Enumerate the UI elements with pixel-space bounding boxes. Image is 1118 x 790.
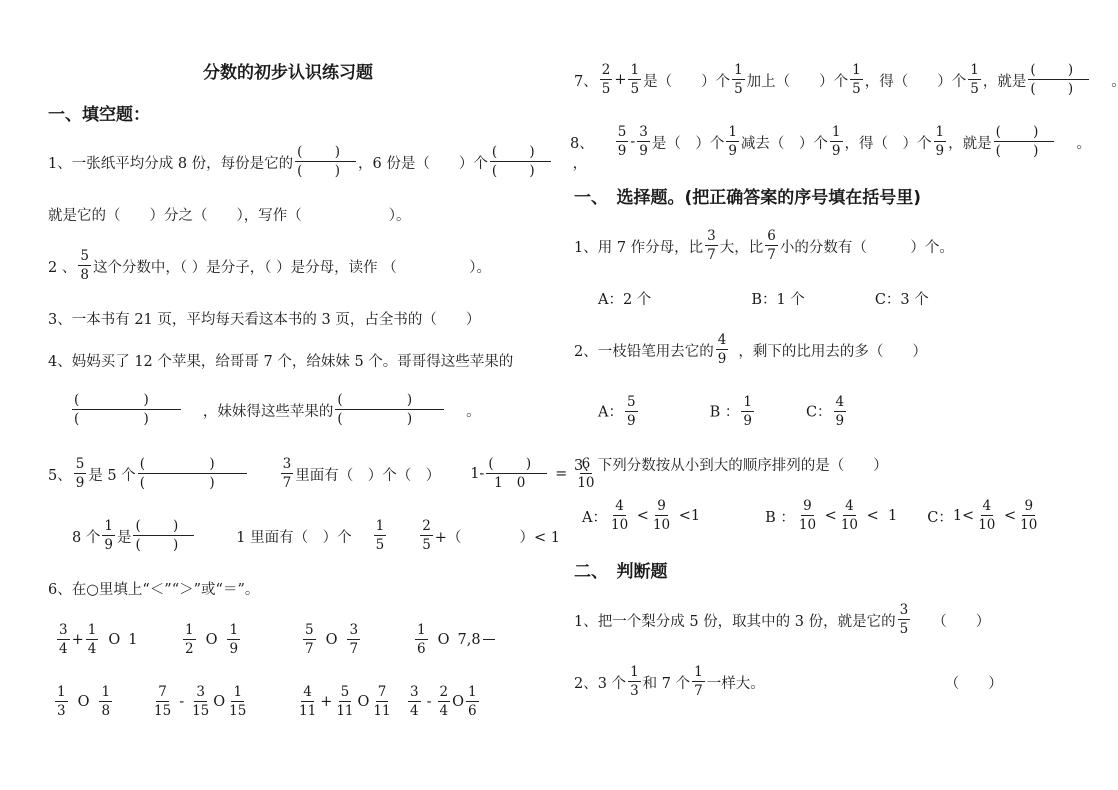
fraction-blank[interactable]: ( )( ) [138,458,247,491]
compare-circle[interactable]: O [452,694,464,710]
question-text: 1、一张纸平均分成 8 份，每份是它的 [48,152,293,173]
choice-options: A：59 B ：19 C：49 [598,392,848,432]
fraction: 37 [281,458,294,491]
fraction-blank[interactable]: ( )( ) [295,146,356,179]
compare-item: 16 O 7,8 [413,620,497,660]
fraction-blank[interactable]: ( )( ) [1028,64,1089,97]
choice-question-2: 2、一枝铅笔用去它的 49 ，剩下的比用去的多（ ） [574,330,927,370]
fraction: 19 [102,520,115,553]
question-text: +（ ）< 1 [435,526,560,547]
compare-item: 715 - 315 O 115 [150,682,250,722]
question-text: 1 里面有（ ）个 [236,526,351,547]
question-text: ，妹妹得这些苹果的 [203,400,334,421]
question-6: 6、在○里填上“＜”“＞”或“＝”。 [48,568,259,608]
fraction-blank[interactable]: ( )( ) [994,126,1055,159]
question-5-row-1: 5、 59 是 5 个 ( )( ) 37 里面有（ ）个（ ） 1- ( )1… [48,454,599,494]
question-3: 3、一本书有 21 页，平均每天看这本书的 3 页，占全书的（ ） [48,298,480,338]
question-1-line-2: 就是它的（ ）分之（ ），写作（ ）。 [48,194,411,234]
fraction: 25 [420,520,433,553]
option-a[interactable]: A：2 个 [598,288,651,309]
compare-item: 411 + 511 O 711 [295,682,395,722]
question-4: 4、妈妈买了 12 个苹果，给哥哥 7 个，给妹妹 5 个。哥哥得这些苹果的 [48,340,513,380]
page-title: 分数的初步认识练习题 [203,58,373,83]
option-c[interactable]: C：49 [806,396,848,429]
question-text: 是 5 个 [88,464,135,485]
question-number: 5、 [48,464,72,485]
choice-options: A：2 个 B：1 个 C：3 个 [598,278,929,318]
option-b[interactable]: B ：19 [710,396,756,429]
question-text: 。 [466,400,481,421]
compare-circle[interactable]: O [438,632,450,648]
question-4-line-2: ( )( ) ，妹妹得这些苹果的 ( )( ) 。 [70,390,481,430]
section-heading-judge: 二、 判断题 [574,557,668,582]
section-heading-fill-blank: 一、填空题： [48,100,150,125]
compare-item: 12 O 19 [181,620,242,660]
question-7: 7、 25 + 15 是（ ）个 15 加上（ ）个 15 ，得（ ）个 15 … [574,60,1118,100]
question-text: 这个分数中，（ ）是分子，（ ）是分母，读作 （ ）。 [93,256,491,277]
question-text: 8 个 [72,526,100,547]
choice-options: A： 410 < 910 <1 B ： 910 < 410 < 1 C：1< 4… [582,496,1041,536]
option-b[interactable]: B ： 910 < 410 < 1 [765,500,897,533]
question-2: 2 、 58 这个分数中，（ ）是分子，（ ）是分母，读作 （ ）。 [48,246,491,286]
question-number: 2 、 [48,256,76,277]
compare-item: 34 + 14 O 1 [55,620,137,660]
question-text: ，6 份是（ ）个 [358,152,488,173]
compare-circle[interactable]: O [108,632,120,648]
compare-circle[interactable]: O [78,694,90,710]
compare-item: 57 O 37 [301,620,362,660]
compare-circle[interactable]: O [326,632,338,648]
fraction-blank[interactable]: ( )( ) [72,394,181,427]
fraction: 58 [78,250,91,283]
compare-circle[interactable]: O [206,632,218,648]
option-c[interactable]: C：1< 410 < 910 [927,500,1041,533]
question-8: 8、 59 - 39 是（ ）个 19 减去（ ）个 19 ，得（ ）个 19 … [570,122,1091,162]
fraction-blank[interactable]: ( )( ) [133,520,194,553]
fraction-blank[interactable]: ( )10 [486,458,547,491]
fraction-blank[interactable]: ( )( ) [335,394,444,427]
question-text: 是 [117,526,132,547]
option-c[interactable]: C：3 个 [875,288,929,309]
fraction: 59 [74,458,87,491]
question-text: 1- [470,466,484,482]
answer-paren[interactable]: （ ） [945,672,1003,693]
compare-item: 13 O 18 [53,682,114,722]
option-a[interactable]: A：59 [598,396,640,429]
fraction-blank[interactable]: ( )( ) [490,146,551,179]
option-a[interactable]: A： 410 < 910 <1 [582,500,700,533]
question-text: 里面有（ ）个（ ） [295,464,440,485]
equals-sign: = [555,466,567,482]
answer-paren[interactable]: （ ） [932,610,990,631]
fraction: 15 [374,520,387,553]
question-5-row-2: 8 个 19 是 ( )( ) 1 里面有（ ）个 15 25 +（ ）< 1 [72,516,560,556]
compare-item: 34 - 24 O 16 [406,682,481,722]
choice-question-1: 1、用 7 作分母，比 37 大，比 67 小的分数有（ ）个。 [574,226,954,266]
judge-question-1: 1、把一个梨分成 5 份，取其中的 3 份，就是它的 35 （ ） [574,600,990,640]
section-heading-choice: 一、 选择题。(把正确答案的序号填在括号里) [574,183,921,208]
question-1: 1、一张纸平均分成 8 份，每份是它的 ( )( ) ，6 份是（ ）个 ( )… [48,142,587,182]
judge-question-2: 2、3 个 13 和 7 个 17 一样大。 （ ） [574,662,1003,702]
compare-circle[interactable]: O [213,694,225,710]
compare-circle[interactable]: O [358,694,370,710]
choice-question-3: 3、下列分数按从小到大的顺序排列的是（ ） [574,444,888,484]
option-b[interactable]: B：1 个 [751,288,805,309]
